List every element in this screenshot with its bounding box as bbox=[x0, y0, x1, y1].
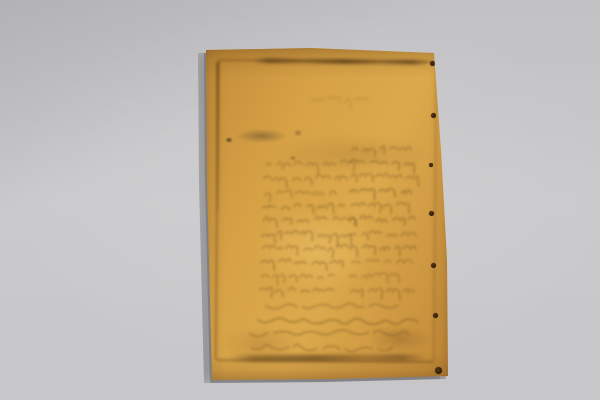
binding-hole bbox=[433, 313, 438, 318]
handwriting-layer bbox=[200, 44, 452, 384]
faint-script-line bbox=[264, 217, 356, 228]
faint-script-line bbox=[350, 189, 411, 200]
faint-script-line bbox=[351, 231, 416, 240]
binding-hole bbox=[429, 163, 433, 167]
faint-script-line bbox=[351, 173, 418, 185]
faint-script-line bbox=[258, 318, 418, 324]
faint-script-line bbox=[262, 274, 334, 284]
faint-script-line bbox=[312, 97, 368, 107]
binding-hole bbox=[429, 211, 434, 216]
manuscript-leaf bbox=[200, 44, 452, 384]
faint-script-line bbox=[350, 273, 399, 283]
faint-script-line bbox=[266, 303, 398, 308]
faint-script-line bbox=[250, 330, 408, 336]
faint-script-line bbox=[263, 203, 344, 213]
faint-script-line bbox=[261, 259, 343, 270]
faint-script-group bbox=[250, 97, 418, 352]
faint-script-line bbox=[264, 175, 347, 187]
faint-script-line bbox=[350, 216, 415, 226]
faint-script-line bbox=[262, 230, 351, 245]
faint-script-line bbox=[352, 260, 412, 263]
faint-script-line bbox=[266, 160, 354, 174]
faint-script-line bbox=[263, 244, 348, 257]
binding-hole bbox=[430, 61, 435, 66]
faint-script-line bbox=[352, 146, 411, 156]
binding-hole bbox=[431, 113, 436, 118]
faint-script-line bbox=[350, 159, 414, 173]
faint-script-line bbox=[352, 203, 409, 214]
binding-hole bbox=[431, 263, 436, 268]
faint-script-line bbox=[260, 287, 333, 297]
faint-script-line bbox=[252, 345, 397, 352]
photo-backdrop bbox=[0, 0, 600, 400]
faint-script-line bbox=[351, 289, 414, 300]
faint-script-line bbox=[265, 190, 336, 201]
faint-script-line bbox=[350, 245, 416, 257]
binding-hole bbox=[435, 367, 442, 374]
